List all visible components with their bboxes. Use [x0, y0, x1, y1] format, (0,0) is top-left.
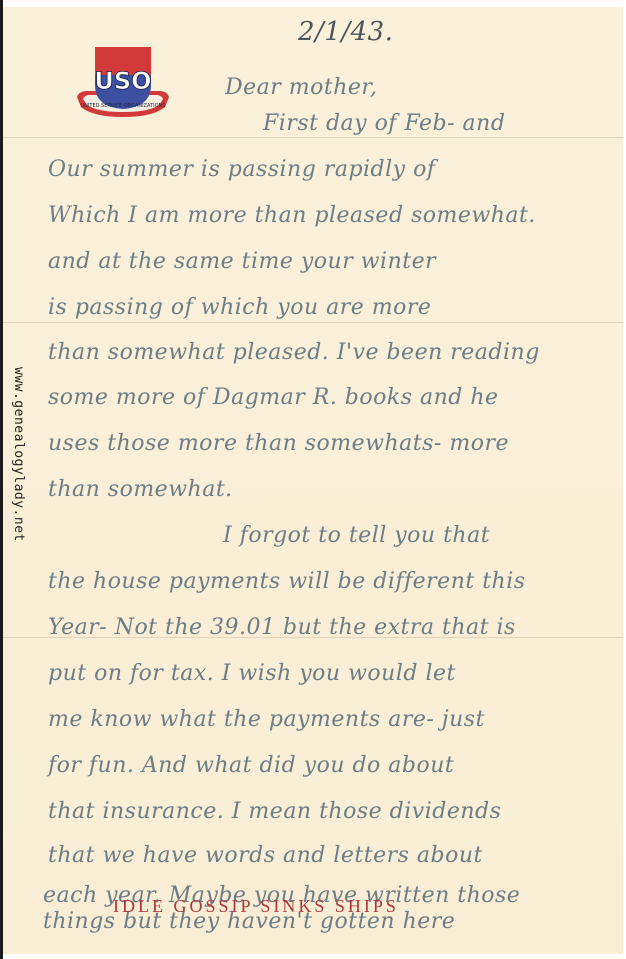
- letter-line: than somewhat pleased. I've been reading: [48, 340, 540, 365]
- letter-line: me know what the payments are- just: [48, 707, 485, 732]
- svg-text:USO: USO: [94, 67, 151, 95]
- letter-line: than somewhat.: [48, 477, 233, 502]
- uso-logo-icon: USO UNITED SERVICE ORGANIZATIONS: [73, 45, 173, 121]
- footer-slogan: IDLE GOSSIP SINKS SHIPS: [113, 896, 399, 917]
- letter-date: 2/1/43.: [298, 17, 393, 47]
- letter-line: I forgot to tell you that: [223, 523, 490, 548]
- letter-line: the house payments will be different thi…: [48, 569, 526, 594]
- letter-line: some more of Dagmar R. books and he: [48, 385, 499, 410]
- letter-line: Year- Not the 39.01 but the extra that i…: [48, 615, 516, 640]
- letter-line: for fun. And what did you do about: [48, 753, 454, 778]
- letter-line: Our summer is passing rapidly of: [48, 157, 436, 182]
- letter-line: put on for tax. I wish you would let: [48, 661, 456, 686]
- letter-line: that insurance. I mean those dividends: [48, 799, 501, 824]
- letter-line: First day of Feb- and: [263, 111, 505, 136]
- letter-line: uses those more than somewhats- more: [48, 431, 509, 456]
- watermark: www.genealogylady.net: [11, 367, 26, 542]
- svg-text:UNITED SERVICE ORGANIZATIONS: UNITED SERVICE ORGANIZATIONS: [81, 103, 166, 109]
- letter-line: that we have words and letters about: [48, 843, 483, 868]
- letter-line: Which I am more than pleased somewhat.: [48, 203, 536, 228]
- fold-line: [3, 137, 623, 138]
- letter-line: is passing of which you are more: [48, 295, 431, 320]
- fold-line: [3, 322, 623, 323]
- letter-page: USO UNITED SERVICE ORGANIZATIONS 2/1/43.…: [3, 7, 623, 954]
- salutation: Dear mother,: [225, 75, 378, 100]
- letter-line: and at the same time your winter: [48, 249, 436, 274]
